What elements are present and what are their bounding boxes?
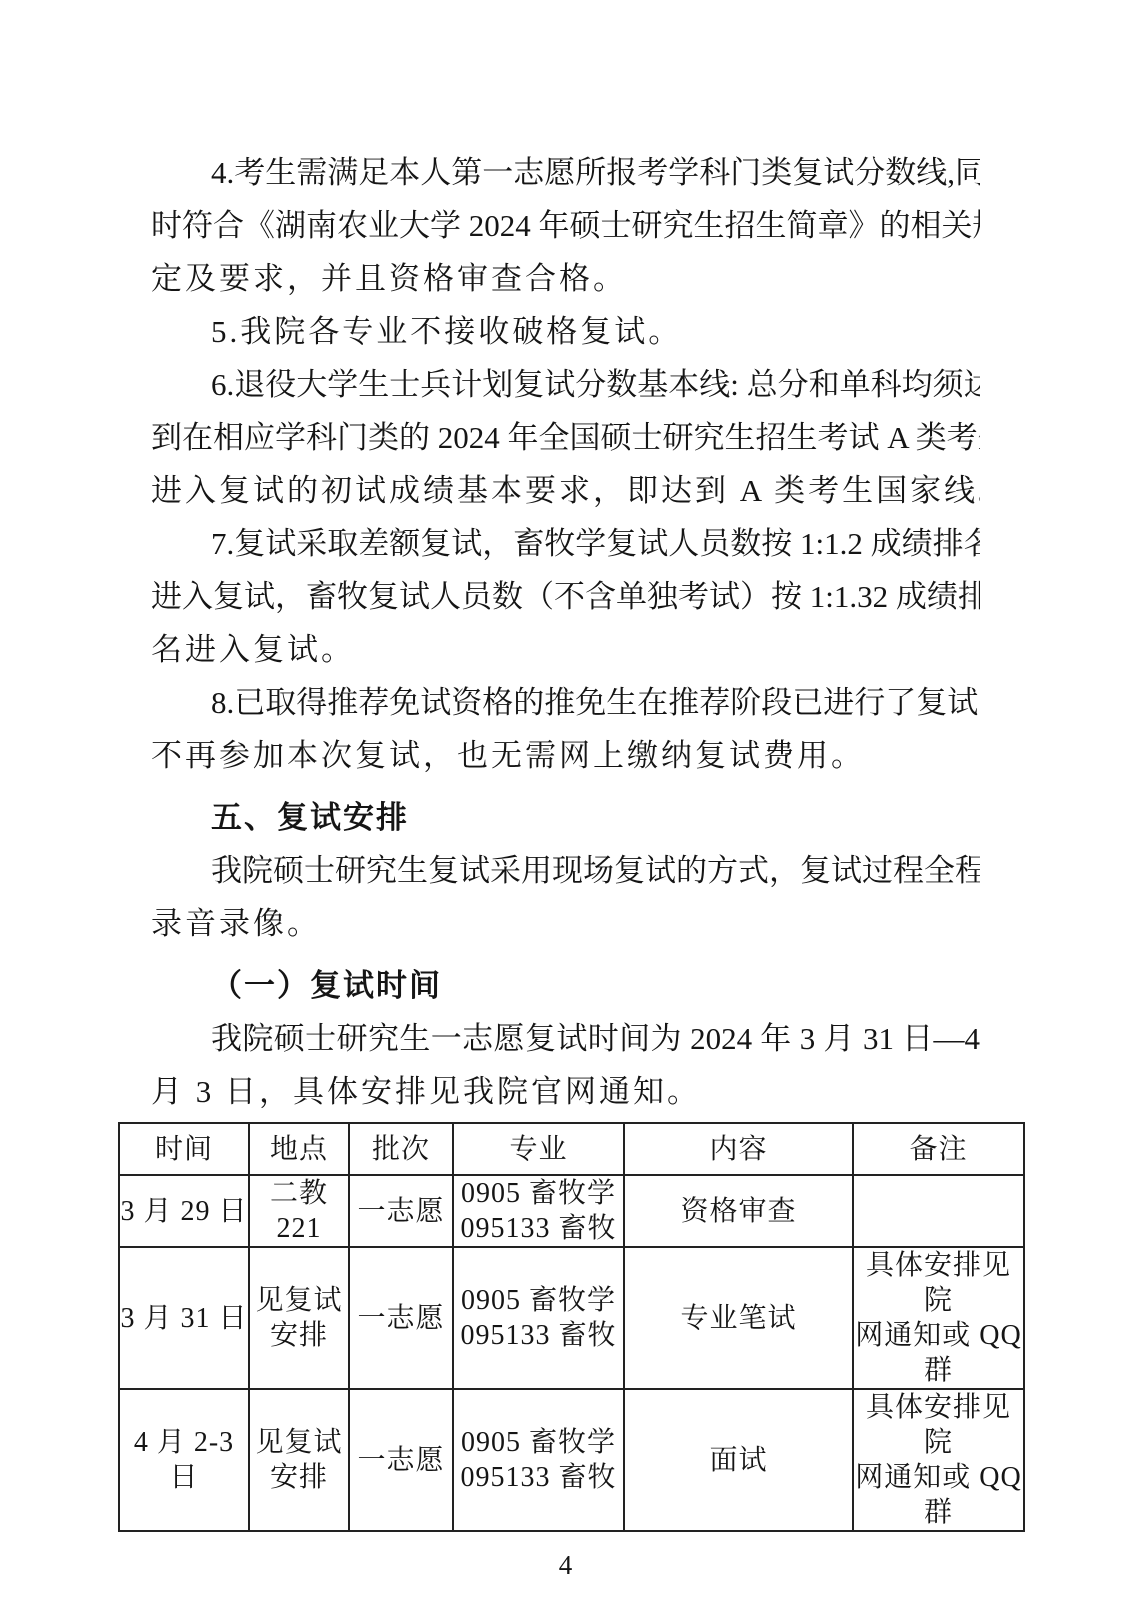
cell-content: 专业笔试 [624, 1247, 853, 1389]
document-page: 4.考生需满足本人第一志愿所报考学科门类复试分数线,同 时符合《湖南农业大学 2… [0, 0, 1131, 1600]
table-header-time: 时间 [119, 1123, 249, 1175]
table-header-row: 时间 地点 批次 专业 内容 备注 [119, 1123, 1024, 1175]
paragraph-line: 8.已取得推荐免试资格的推免生在推荐阶段已进行了复试， [151, 676, 980, 729]
paragraph-line: 6.退役大学生士兵计划复试分数基本线: 总分和单科均须达 [151, 358, 980, 411]
cell-line: 具体安排见院 [854, 1248, 1023, 1318]
page-number: 4 [151, 1550, 980, 1580]
cell-time: 3 月 29 日 [119, 1175, 249, 1247]
cell-batch: 一志愿 [349, 1247, 453, 1389]
table-header-content: 内容 [624, 1123, 853, 1175]
cell-time: 4 月 2-3 日 [119, 1389, 249, 1531]
paragraph-line: 5.我院各专业不接收破格复试。 [151, 305, 980, 358]
cell-line: 网通知或 QQ [854, 1460, 1023, 1495]
paragraph-line: 进入复试，畜牧复试人员数（不含单独考试）按 1:1.32 成绩排 [151, 570, 980, 623]
cell-major: 0905 畜牧学 095133 畜牧 [453, 1389, 624, 1531]
paragraph-line: 时符合《湖南农业大学 2024 年硕士研究生招生简章》的相关规 [151, 199, 980, 252]
cell-line: 0905 畜牧学 [454, 1283, 623, 1318]
cell-note: 具体安排见院 网通知或 QQ 群 [853, 1389, 1024, 1531]
cell-location: 见复试 安排 [249, 1389, 349, 1531]
cell-line: 群 [854, 1353, 1023, 1388]
cell-location: 二教 221 [249, 1175, 349, 1247]
paragraph-line: 到在相应学科门类的 2024 年全国硕士研究生招生考试 A 类考生 [151, 411, 980, 464]
cell-batch: 一志愿 [349, 1175, 453, 1247]
paragraph-line: 名进入复试。 [151, 623, 980, 676]
cell-line: 221 [250, 1211, 348, 1246]
cell-line: 安排 [250, 1460, 348, 1495]
cell-line: 095133 畜牧 [454, 1460, 623, 1495]
cell-line: 二教 [250, 1176, 348, 1211]
cell-location: 见复试 安排 [249, 1247, 349, 1389]
cell-note [853, 1175, 1024, 1247]
document-content: 4.考生需满足本人第一志愿所报考学科门类复试分数线,同 时符合《湖南农业大学 2… [151, 0, 980, 1580]
paragraph-line: 录音录像。 [151, 897, 980, 950]
paragraph-line: 7.复试采取差额复试，畜牧学复试人员数按 1:1.2 成绩排名 [151, 517, 980, 570]
cell-line: 网通知或 QQ [854, 1318, 1023, 1353]
cell-content: 面试 [624, 1389, 853, 1531]
cell-batch: 一志愿 [349, 1389, 453, 1531]
table-header-major: 专业 [453, 1123, 624, 1175]
cell-note: 具体安排见院 网通知或 QQ 群 [853, 1247, 1024, 1389]
paragraph-line: 4.考生需满足本人第一志愿所报考学科门类复试分数线,同 [151, 146, 980, 199]
table-header-batch: 批次 [349, 1123, 453, 1175]
cell-time: 3 月 31 日 [119, 1247, 249, 1389]
paragraph-line: 不再参加本次复试，也无需网上缴纳复试费用。 [151, 729, 980, 782]
paragraph-line: 我院硕士研究生复试采用现场复试的方式，复试过程全程 [151, 844, 980, 897]
cell-major: 0905 畜牧学 095133 畜牧 [453, 1175, 624, 1247]
table-header-note: 备注 [853, 1123, 1024, 1175]
cell-line: 具体安排见院 [854, 1390, 1023, 1460]
schedule-table: 时间 地点 批次 专业 内容 备注 3 月 29 日 二教 221 一志愿 09… [118, 1122, 1025, 1532]
subsection-heading: （一）复试时间 [151, 959, 980, 1012]
cell-line: 群 [854, 1495, 1023, 1530]
table-row: 3 月 31 日 见复试 安排 一志愿 0905 畜牧学 095133 畜牧 专… [119, 1247, 1024, 1389]
table-row: 4 月 2-3 日 见复试 安排 一志愿 0905 畜牧学 095133 畜牧 … [119, 1389, 1024, 1531]
cell-content: 资格审查 [624, 1175, 853, 1247]
cell-line: 0905 畜牧学 [454, 1176, 623, 1211]
cell-line: 见复试 [250, 1283, 348, 1318]
cell-line: 095133 畜牧 [454, 1211, 623, 1246]
cell-line: 见复试 [250, 1425, 348, 1460]
table-header-location: 地点 [249, 1123, 349, 1175]
cell-major: 0905 畜牧学 095133 畜牧 [453, 1247, 624, 1389]
cell-line: 0905 畜牧学 [454, 1425, 623, 1460]
cell-line: 095133 畜牧 [454, 1318, 623, 1353]
cell-line: 安排 [250, 1318, 348, 1353]
paragraph-line: 月 3 日，具体安排见我院官网通知。 [151, 1065, 980, 1118]
table-row: 3 月 29 日 二教 221 一志愿 0905 畜牧学 095133 畜牧 资… [119, 1175, 1024, 1247]
paragraph-line: 定及要求，并且资格审查合格。 [151, 252, 980, 305]
section-heading: 五、复试安排 [151, 791, 980, 844]
paragraph-line: 我院硕士研究生一志愿复试时间为 2024 年 3 月 31 日—4 [151, 1012, 980, 1065]
paragraph-line: 进入复试的初试成绩基本要求，即达到 A 类考生国家线。 [151, 464, 980, 517]
